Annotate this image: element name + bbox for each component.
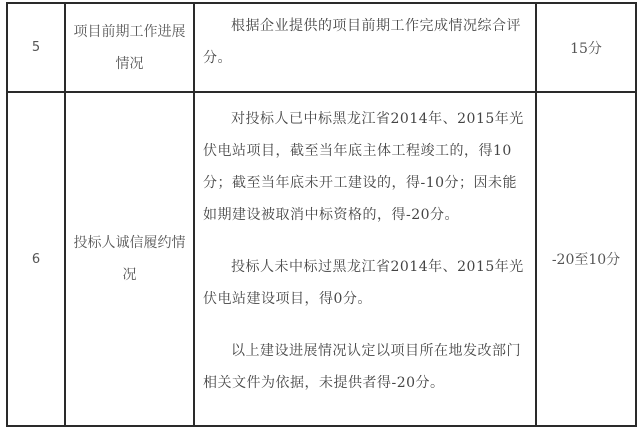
description-paragraph: 对投标人已中标黑龙江省2014年、2015年光伏电站项目，截至当年底主体工程竣工…	[203, 103, 525, 231]
row-number: 5	[7, 3, 65, 92]
table-row: 5 项目前期工作进展情况 根据企业提供的项目前期工作完成情况综合评分。 15分	[7, 3, 636, 92]
criterion-description: 根据企业提供的项目前期工作完成情况综合评分。	[194, 3, 536, 92]
criterion-description: 对投标人已中标黑龙江省2014年、2015年光伏电站项目，截至当年底主体工程竣工…	[194, 92, 536, 426]
score-value: 15分	[536, 3, 636, 92]
criterion-name: 项目前期工作进展情况	[65, 3, 194, 92]
description-paragraph: 投标人未中标过黑龙江省2014年、2015年光伏电站建设项目，得0分。	[203, 251, 525, 315]
description-paragraph: 以上建设进展情况认定以项目所在地发改部门相关文件为依据，未提供者得-20分。	[203, 335, 525, 399]
scoring-table: 5 项目前期工作进展情况 根据企业提供的项目前期工作完成情况综合评分。 15分 …	[6, 2, 637, 427]
description-paragraph: 根据企业提供的项目前期工作完成情况综合评分。	[203, 10, 525, 74]
row-number: 6	[7, 92, 65, 426]
criterion-name: 投标人诚信履约情况	[65, 92, 194, 426]
score-value: -20至10分	[536, 92, 636, 426]
table-row: 6 投标人诚信履约情况 对投标人已中标黑龙江省2014年、2015年光伏电站项目…	[7, 92, 636, 426]
